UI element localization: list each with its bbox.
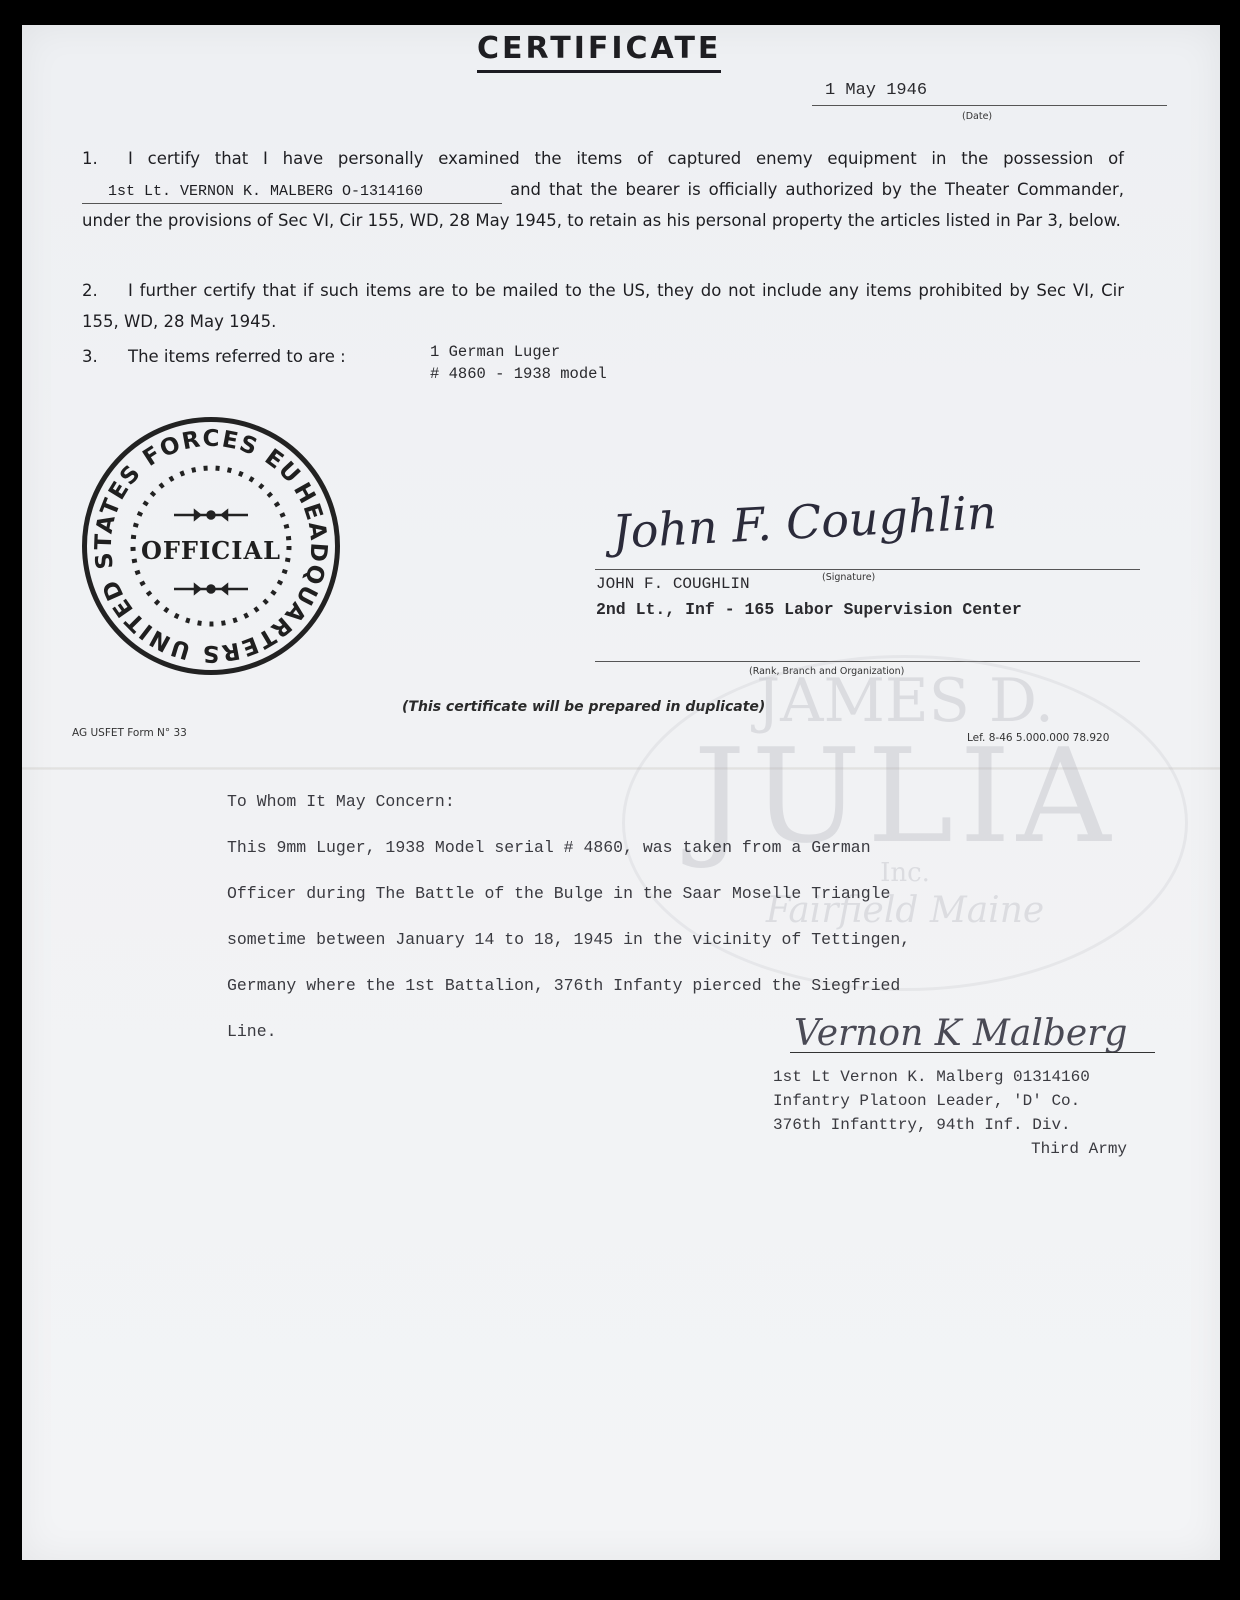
print-reference: Lef. 8-46 5.000.000 78.920: [967, 732, 1109, 744]
letter-line-3: sometime between January 14 to 18, 1945 …: [227, 930, 910, 949]
seal-graphic: HEADQUARTERS UNITED STATES FORCES EUROPE…: [82, 417, 340, 675]
signature-block-line-3: 376th Infanttry, 94th Inf. Div.: [773, 1113, 1127, 1137]
malberg-signature-block: 1st Lt Vernon K. Malberg 01314160 Infant…: [773, 1065, 1127, 1161]
duplicate-note: (This certificate will be prepared in du…: [402, 699, 765, 715]
item-line-1: 1 German Luger: [430, 343, 560, 361]
form-number: AG USFET Form N° 33: [72, 727, 187, 739]
signature-block-line-1: 1st Lt Vernon K. Malberg 01314160: [773, 1065, 1127, 1089]
letter-salutation: To Whom It May Concern:: [227, 792, 455, 811]
rank-caption: (Rank, Branch and Organization): [749, 666, 904, 677]
signature-line: [595, 569, 1140, 570]
svg-text:OFFICIAL: OFFICIAL: [141, 536, 281, 565]
date-line: [812, 105, 1167, 106]
date-caption: (Date): [962, 111, 992, 122]
paper-fold: [22, 767, 1220, 770]
letter-line-1: This 9mm Luger, 1938 Model serial # 4860…: [227, 838, 871, 857]
rank-branch-organization: 2nd Lt., Inf - 165 Labor Supervision Cen…: [596, 600, 1022, 619]
signature-block-line-4: Third Army: [773, 1137, 1127, 1161]
paragraph-1-text-before: I certify that I have personally examine…: [128, 149, 1124, 168]
paragraph-3: 3.The items referred to are :: [82, 341, 346, 372]
letter-line-5: Line.: [227, 1022, 277, 1041]
paragraph-number: 3.: [82, 341, 128, 372]
rank-line: [595, 661, 1140, 662]
letter-line-4: Germany where the 1st Battalion, 376th I…: [227, 976, 900, 995]
certificate-document: CERTIFICATE 1 May 1946 (Date) 1.I certif…: [22, 25, 1220, 1560]
signature-block-line-2: Infantry Platoon Leader, 'D' Co.: [773, 1089, 1127, 1113]
handwritten-signature-coughlin: John F. Coughlin: [611, 485, 998, 559]
handwritten-signature-malberg: Vernon K Malberg: [794, 1013, 1127, 1054]
paragraph-number: 2.: [82, 275, 128, 306]
document-title: CERTIFICATE: [477, 31, 721, 73]
paragraph-2: 2.I further certify that if such items a…: [82, 275, 1124, 337]
paragraph-2-text: I further certify that if such items are…: [82, 281, 1124, 331]
bearer-name-field: 1st Lt. VERNON K. MALBERG O-1314160: [82, 181, 502, 204]
items-label: The items referred to are :: [128, 347, 346, 366]
date-value: 1 May 1946: [825, 81, 927, 100]
signature-caption: (Signature): [822, 572, 875, 583]
official-seal: HEADQUARTERS UNITED STATES FORCES EUROPE…: [82, 417, 340, 675]
malberg-signature-line: [790, 1052, 1155, 1053]
paragraph-number: 1.: [82, 143, 128, 174]
item-line-2: # 4860 - 1938 model: [430, 365, 607, 383]
typed-name: JOHN F. COUGHLIN: [596, 575, 750, 593]
paragraph-1: 1.I certify that I have personally exami…: [82, 143, 1124, 236]
letter-line-2: Officer during The Battle of the Bulge i…: [227, 884, 890, 903]
